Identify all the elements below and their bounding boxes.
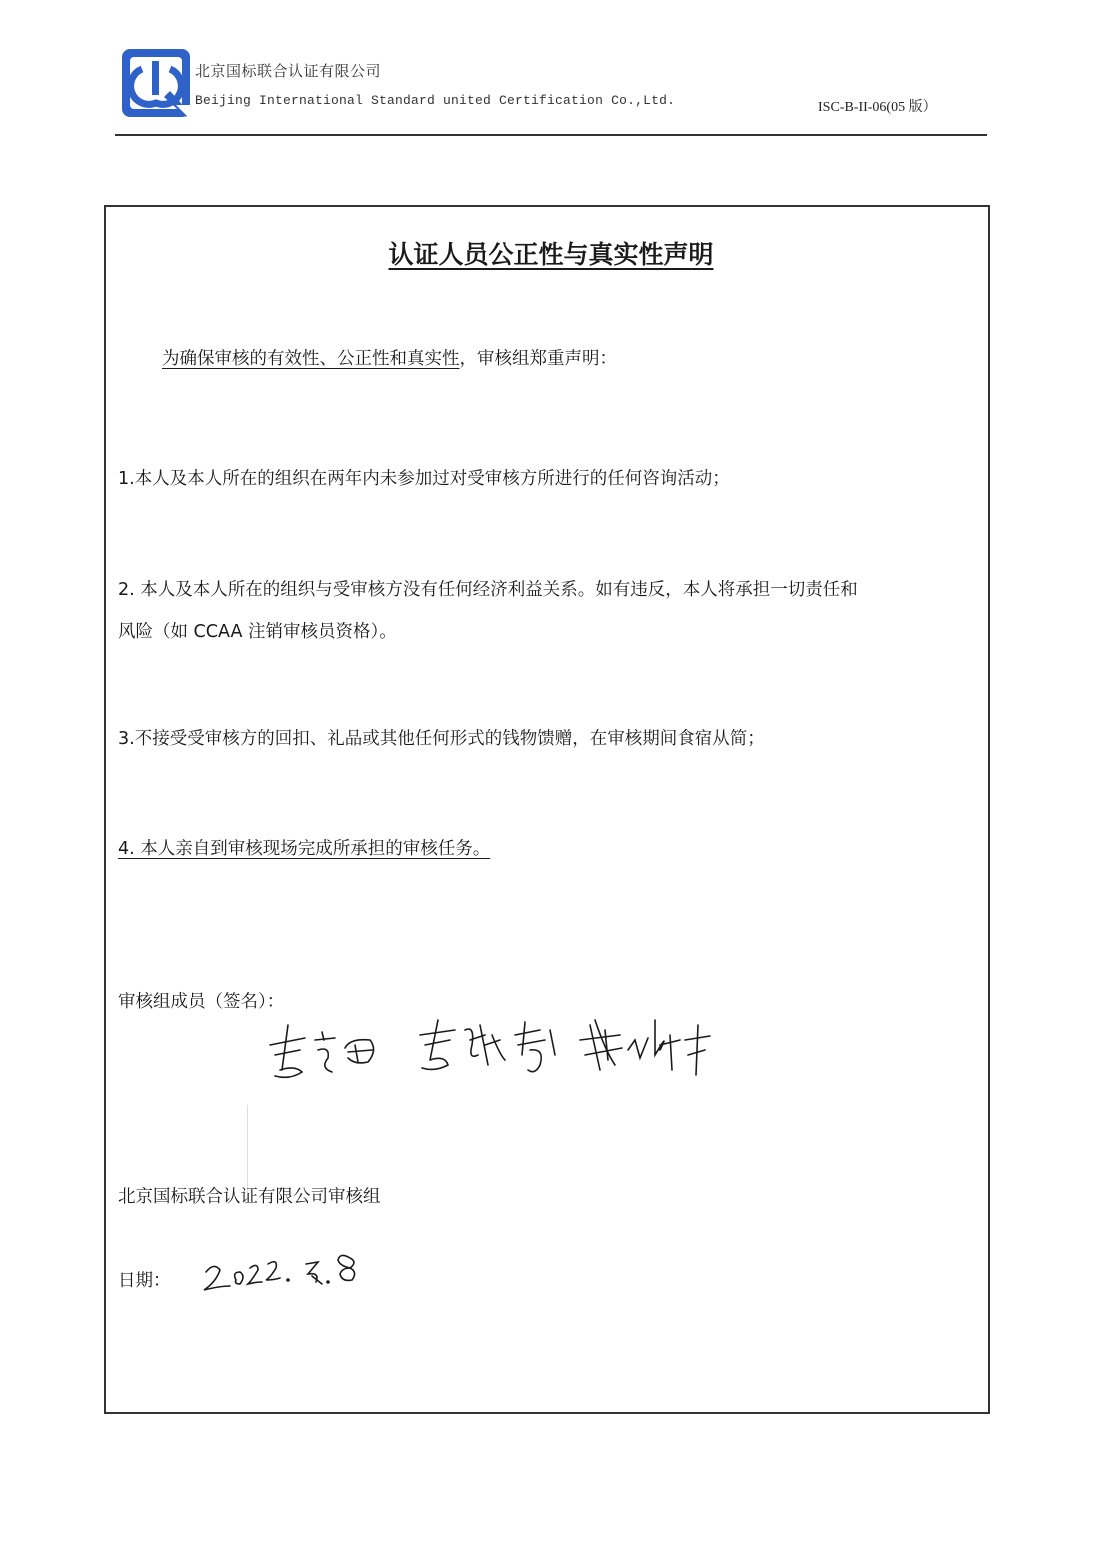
declaration-item-4-text: 4. 本人亲自到审核现场完成所承担的审核任务。 [118, 839, 490, 859]
document-frame [104, 205, 990, 1414]
signature-2 [420, 1020, 555, 1072]
document-title-text: 认证人员公正性与真实性声明 [388, 240, 713, 269]
declaration-item-1: 1.本人及本人所在的组织在两年内未参加过对受审核方所进行的任何咨询活动； [118, 465, 730, 490]
document-code: ISC-B-II-06(05 版） [818, 96, 937, 116]
declaration-item-4: 4. 本人亲自到审核现场完成所承担的审核任务。 [118, 835, 490, 860]
document-title: 认证人员公正性与真实性声明 [0, 235, 1102, 271]
signature-3 [580, 1020, 710, 1075]
company-logo-icon [120, 47, 192, 119]
company-name-en: Beijing International Standard united Ce… [195, 93, 675, 108]
intro-statement: 为确保审核的有效性、公正性和真实性，审核组郑重声明： [162, 345, 617, 370]
handwritten-date [200, 1250, 370, 1295]
intro-rest: ，审核组郑重声明： [460, 349, 618, 369]
audit-group-name: 北京国标联合认证有限公司审核组 [118, 1183, 381, 1208]
declaration-item-2-line-2: 风险（如 CCAA 注销审核员资格）。 [118, 618, 397, 643]
company-name-cn: 北京国标联合认证有限公司 [195, 60, 381, 81]
handwritten-signatures [260, 1010, 720, 1085]
intro-underlined: 为确保审核的有效性、公正性和真实性 [162, 349, 460, 369]
date-label: 日期： [118, 1267, 171, 1292]
declaration-item-3: 3.不接受受审核方的回扣、礼品或其他任何形式的钱物馈赠，在审核期间食宿从简； [118, 725, 765, 750]
signature-1 [270, 1025, 374, 1077]
header-divider [115, 134, 987, 136]
declaration-item-2-line-1: 2. 本人及本人所在的组织与受审核方没有任何经济利益关系。如有违反，本人将承担一… [118, 576, 858, 601]
